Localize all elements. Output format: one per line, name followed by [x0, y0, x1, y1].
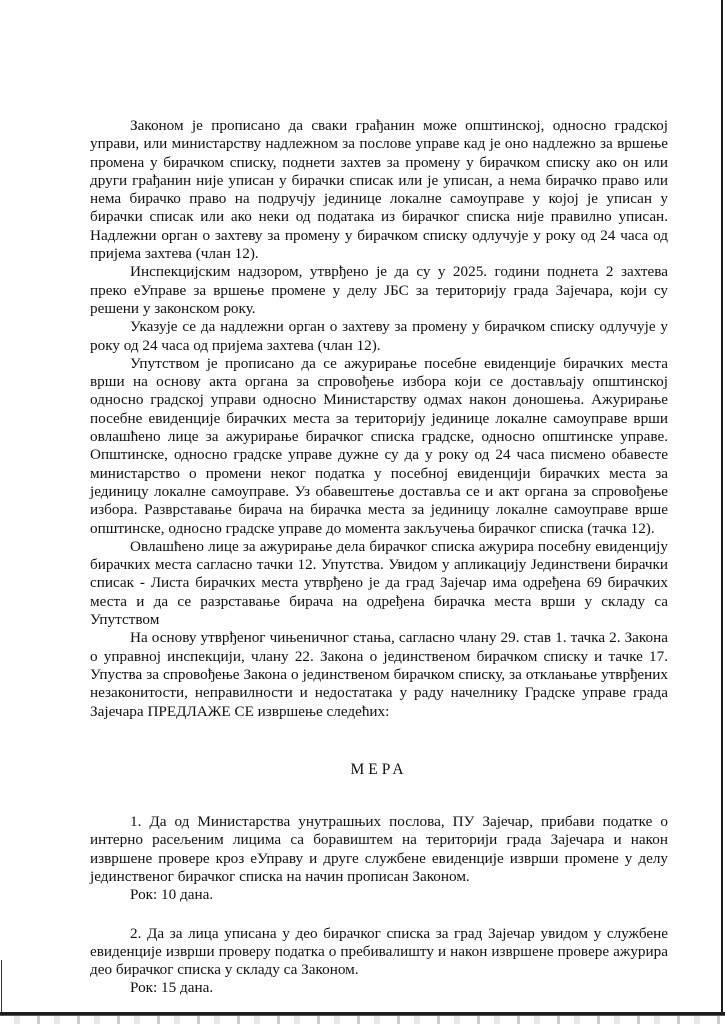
paragraph-inspection-finding: Инспекцијским надзором, утврђено је да с… [90, 263, 668, 318]
measure-item-1: 1. Да од Министарства унутрашњих послова… [90, 813, 668, 904]
document-body: Законом је прописано да сваки грађанин м… [90, 117, 668, 998]
measure-deadline: Рок: 15 дана. [90, 979, 668, 997]
measures-heading: МЕРА [90, 761, 668, 779]
paragraph-proposal: На основу утврђеног чињеничног стања, са… [90, 629, 668, 720]
scan-edge-right [721, 0, 723, 1012]
measure-deadline: Рок: 10 дана. [90, 886, 668, 904]
paragraph-legal-basis: Законом је прописано да сваки грађанин м… [90, 117, 668, 263]
measure-item-2: 2. Да за лица уписана у део бирачког спи… [90, 925, 668, 998]
scan-noise [0, 1016, 725, 1024]
scanned-document-page: Законом је прописано да сваки грађанин м… [0, 0, 725, 1024]
spacer [90, 905, 668, 925]
measure-text: 2. Да за лица уписана у део бирачког спи… [90, 925, 668, 980]
paragraph-polling-stations: Овлашћено лице за ажурирање дела бирачко… [90, 538, 668, 629]
measure-text: 1. Да од Министарства унутрашњих послова… [90, 813, 668, 886]
scan-edge-left [1, 960, 2, 1012]
paragraph-instructions: Упутством је прописано да се ажурирање п… [90, 355, 668, 538]
paragraph-notice: Указује се да надлежни орган о захтеву з… [90, 318, 668, 355]
